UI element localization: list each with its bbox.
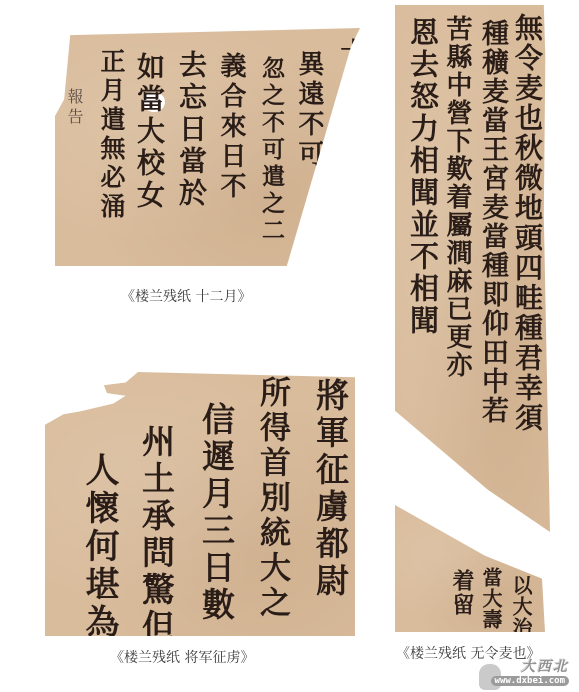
- calligraphy-column: 將軍征虜都尉: [307, 378, 354, 600]
- calligraphy-column: 十二月: [333, 38, 370, 128]
- calligraphy-column: 當大壽: [477, 567, 506, 630]
- calligraphy-column: 種穬麦當王宮麦當種即仰田中若: [473, 19, 512, 425]
- calligraphy-column: 着留: [447, 569, 478, 617]
- calligraphy-column: 以大治: [507, 575, 536, 638]
- watermark-logo: 大西北: [491, 656, 569, 676]
- paper-fragment-general-zhenglu: 將軍征虜都尉 所得首別統大之 信遲月三日數 州土承問驚但 人懷何堪為: [45, 372, 355, 636]
- calligraphy-column: 如當大校女: [129, 52, 169, 212]
- calligraphy-column: 報告: [63, 88, 86, 128]
- calligraphy-column: 正月遣無必涌: [93, 48, 129, 222]
- calligraphy-column: 忽之不可遣之二: [255, 56, 288, 245]
- calligraphy-column: 州土承問驚但: [133, 424, 180, 646]
- paper-fragment-twelfth-month: 十二月 異遠不可 忽之不可遣之二 義合來日不 去忘日當於 如當大校女 正月遣無必…: [55, 28, 360, 266]
- calligraphy-column: 恩去怒力相聞並不相聞: [403, 17, 444, 337]
- watermark-url: www.dxbei.com: [491, 676, 569, 686]
- calligraphy-column: 所得首別統大之: [250, 376, 295, 621]
- caption-twelfth-month: 《楼兰残纸 十二月》: [121, 286, 251, 306]
- paper-fragment-wu-ling-mai-upper: 無令麦也秋微地頭四畦種君幸須 種穬麦當王宮麦當種即仰田中若 苦縣中營下歎着屬澗麻…: [395, 5, 550, 532]
- calligraphy-column: 信遲月三日數: [193, 402, 240, 624]
- watermark: 大西北 www.dxbei.com: [491, 656, 569, 686]
- calligraphy-column: 義合來日不: [213, 52, 250, 202]
- calligraphy-column: 人懷何堪為: [75, 452, 124, 642]
- calligraphy-column: 去忘日當於: [171, 50, 211, 210]
- calligraphy-column: 苦縣中營下歎着屬澗麻已更亦: [439, 15, 476, 379]
- paper-fragment-wu-ling-mai-lower: 以大治 當大壽 着留: [395, 505, 545, 632]
- caption-general-zhenglu: 《楼兰残纸 将军征虏》: [110, 647, 254, 667]
- calligraphy-column: 異遠不可: [291, 50, 328, 170]
- calligraphy-column: 無令麦也秋微地頭四畦種君幸須: [507, 13, 547, 433]
